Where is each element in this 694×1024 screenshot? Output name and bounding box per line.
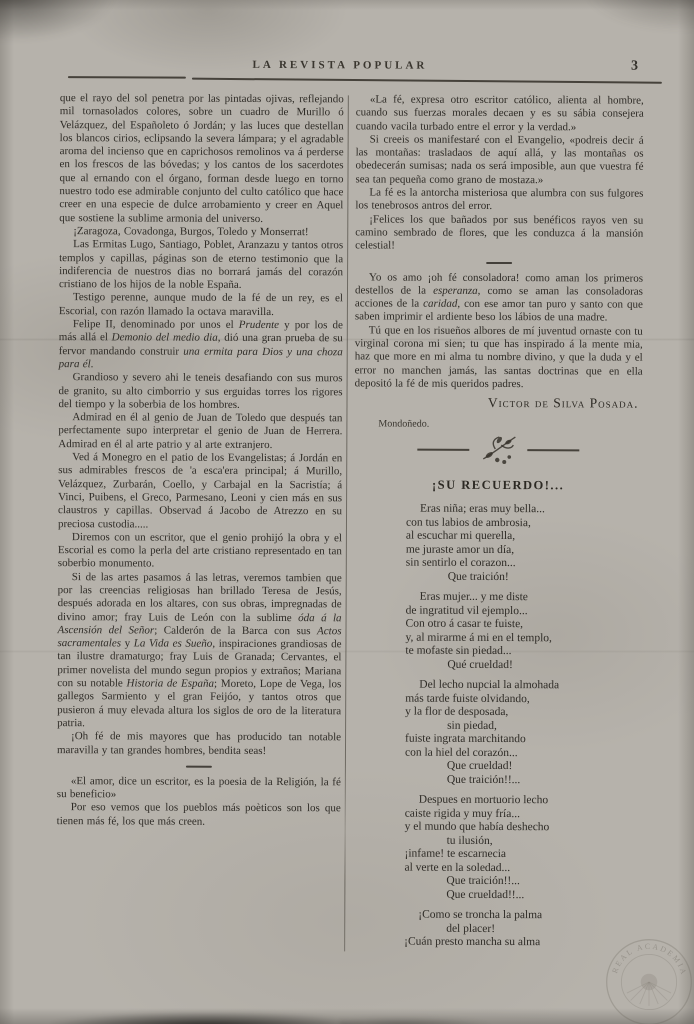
- paragraph: «El amor, dice un escritor, es la poesia…: [57, 775, 341, 803]
- body-text: que el rayo del sol penetra por las pint…: [59, 92, 344, 225]
- poem-line: con tus labios de ambrosia,: [406, 516, 642, 531]
- body-text: «La fé, expresa otro escritor católico, …: [356, 93, 644, 132]
- poem-line: con la hiel del corazón...: [405, 746, 641, 761]
- poem-line: ¡infame! te escarnecia: [405, 848, 641, 863]
- poem-line: al verte en la soledad...: [404, 861, 640, 876]
- text-columns: que el rayo del sol penetra por las pint…: [60, 92, 644, 95]
- poem-line: fuiste ingrata marchitando: [405, 733, 641, 748]
- paragraph: Felipe II, denominado por unos el Pruden…: [59, 318, 343, 372]
- poem-line: Eras niña; eras muy bella...: [406, 503, 642, 518]
- paragraph: Admirad en él al genio de Juan de Toledo…: [58, 411, 342, 452]
- poem-line: Que traición!: [406, 570, 642, 585]
- poem-line: más tarde fuiste olvidando,: [405, 692, 641, 707]
- paragraph: Grandioso y severo ahi le teneis desafia…: [58, 371, 342, 412]
- left-column: que el rayo del sol penetra por las pint…: [57, 92, 344, 829]
- poem-line: te mofaste sin piedad...: [405, 645, 641, 660]
- body-text: Testigo perenne, aunque mudo de la fé de…: [59, 292, 343, 318]
- embossed-seal: REAL ACADEMIA GALEGA: [603, 936, 694, 1024]
- poem-stanza: Eras niña; eras muy bella...con tus labi…: [354, 503, 642, 585]
- page-number: 3: [631, 59, 638, 75]
- poem-line: tu ilusión,: [405, 834, 641, 849]
- newspaper-page: LA REVISTA POPULAR 3 que el rayo del sol…: [0, 0, 694, 1024]
- byline-place: Mondoñedo.: [378, 419, 642, 431]
- paragraph: Testigo perenne, aunque mudo de la fé de…: [59, 292, 343, 320]
- poem-line: Que traición!!...: [405, 773, 641, 788]
- italic-text: Historia de España: [127, 677, 215, 689]
- body-text: Ved á Monegro en el patio de los Evangel…: [58, 451, 342, 530]
- floral-ornament: [354, 432, 642, 469]
- body-text: Si creeis os manifestaré con el Evangeli…: [355, 133, 643, 186]
- body-text: Felipe II, denominado por unos el: [73, 318, 239, 331]
- seal-text: REAL ACADEMIA GALEGA: [603, 936, 689, 980]
- paragraph: Las Ermitas Lugo, Santiago, Poblet, Aran…: [59, 238, 343, 292]
- body-text: Diremos con un escritor, que el genio pr…: [58, 531, 342, 570]
- italic-text: esperanza: [433, 285, 478, 297]
- ornament-rule: [417, 449, 469, 451]
- right-column: «La fé, expresa otro escritor católico, …: [352, 93, 644, 957]
- poem-line: Que traición!!...: [404, 875, 640, 890]
- paragraph: Ved á Monegro en el patio de los Evangel…: [58, 451, 342, 532]
- paragraph: ¡Zaragoza, Covadonga, Burgos, Toledo y M…: [59, 225, 343, 240]
- poem-line: Qué crueldad!: [405, 658, 641, 673]
- poem-stanza: Del lecho nupcial la almohadamás tarde f…: [353, 679, 641, 788]
- publication-title: LA REVISTA POPULAR: [60, 58, 620, 72]
- body-text: «El amor, dice un escritor, es la poesia…: [57, 775, 341, 800]
- scan-smudge-bottom-2: [340, 1017, 490, 1024]
- italic-text: Prudente: [239, 319, 279, 331]
- body-text: ¡Felices los que bañados por sus benéfic…: [355, 213, 643, 252]
- paragraph: Tú que en los risueños albores de mí juv…: [355, 324, 643, 392]
- paragraph: que el rayo del sol penetra por las pint…: [59, 92, 344, 226]
- poem-stanza: Eras mujer... y me distede ingratitud vi…: [353, 591, 641, 673]
- poem-line: Que crueldad!: [405, 760, 641, 775]
- paragraph: Diremos con un escritor, que el genio pr…: [58, 531, 342, 572]
- scan-smudge-bottom: [52, 1012, 362, 1024]
- section-divider: [186, 765, 212, 767]
- floral-sprig-icon: [475, 433, 521, 467]
- poem-line: Con otro á casar te fuiste,: [406, 618, 642, 633]
- body-text: Por eso vemos que los pueblos más poètic…: [57, 802, 341, 828]
- poem-line: y la flor de desposada,: [405, 706, 641, 721]
- poem-line: y, al mirarme á mi en el templo,: [405, 631, 641, 646]
- paragraph: Si de las artes pasamos á las letras, ve…: [57, 571, 342, 732]
- italic-text: La Vida es Sueño: [134, 638, 213, 650]
- poem-line: al escuchar mi querella,: [406, 530, 642, 545]
- body-text: ¡Oh fé de mis mayores que has producido …: [57, 730, 341, 756]
- poem-line: Que crueldad!!...: [404, 888, 640, 903]
- italic-text: Demonio del medio dia: [112, 332, 218, 344]
- paragraph: Yo os amo ¡oh fé consoladora! como aman …: [355, 271, 643, 325]
- poem-stanza: Despues en mortuorio lechocaiste rigida …: [352, 794, 640, 903]
- body-text: Admirad en él al genio de Juan de Toledo…: [58, 411, 342, 450]
- paragraph: ¡Felices los que bañados por sus benéfic…: [355, 213, 643, 254]
- poem-line: sin sentirlo el corazon...: [406, 557, 642, 572]
- body-text: La fé es la antorcha misteriosa que alum…: [355, 187, 643, 213]
- poem-line: y el mundo que había deshecho: [405, 821, 641, 836]
- poem-line: sin piedad,: [405, 719, 641, 734]
- body-text: .: [91, 358, 94, 370]
- body-text: ; Calderón de la Barca con sus: [154, 624, 317, 637]
- body-text: ¡Zaragoza, Covadonga, Burgos, Toledo y M…: [73, 225, 308, 238]
- poem-line: caiste rigida y muy fría...: [405, 807, 641, 822]
- paragraph: ¡Oh fé de mis mayores que has producido …: [57, 730, 341, 758]
- paragraph: Si creeis os manifestaré con el Evangeli…: [355, 133, 643, 187]
- column-divider: [344, 95, 349, 951]
- poem-line: Del lecho nupcial la almohada: [405, 679, 641, 694]
- section-divider: [486, 262, 512, 264]
- paragraph: «La fé, expresa otro escritor católico, …: [356, 93, 644, 134]
- paragraph: La fé es la antorcha misteriosa que alum…: [355, 186, 643, 214]
- paragraph: Por eso vemos que los pueblos más poètic…: [57, 802, 341, 830]
- italic-text: caridad: [423, 298, 457, 310]
- author-signature: Victor de Silva Posada.: [354, 395, 638, 412]
- poem-line: de ingratitud vil ejemplo...: [406, 604, 642, 619]
- body-text: y: [121, 638, 134, 650]
- body-text: Grandioso y severo ahi le teneis desafia…: [58, 371, 342, 410]
- poem-line: me juraste amor un día,: [406, 543, 642, 558]
- body-text: Las Ermitas Lugo, Santiago, Poblet, Aran…: [59, 238, 343, 291]
- poem-line: Despues en mortuorio lecho: [405, 794, 641, 809]
- body-text: Tú que en los risueños albores de mí juv…: [355, 324, 643, 390]
- poem-stanza: ¡Como se troncha la palmadel placer!¡Cuá…: [352, 909, 640, 951]
- poem-title: ¡SU RECUERDO!...: [354, 478, 642, 494]
- poem-line: del placer!: [404, 922, 640, 937]
- ornament-rule: [527, 450, 579, 452]
- poem-line: Eras mujer... y me diste: [406, 591, 642, 606]
- poem-line: ¡Como se troncha la palma: [404, 909, 640, 924]
